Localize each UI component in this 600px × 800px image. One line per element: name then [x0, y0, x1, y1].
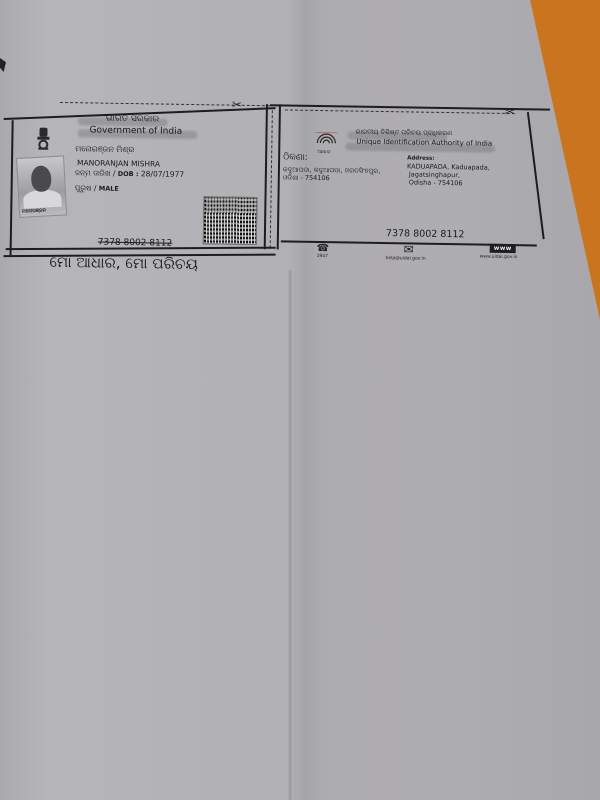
dob-label: DOB : — [118, 170, 139, 178]
address-label: Address: — [407, 155, 434, 161]
address-label-odia: ଠିକଣା: — [283, 152, 308, 162]
aadhaar-logo-icon — [313, 129, 339, 149]
photo-signature: ମନୋରଞ୍ଜନ — [22, 207, 46, 214]
telephone-icon: ☎ — [317, 243, 330, 254]
helpline-number: 1947 — [317, 254, 329, 259]
aadhaar-printout: ✂ ✂ ଭାରତ ସରକାର Government of India ମନୋରଞ… — [0, 0, 600, 309]
govt-header-odia: ଭାରତ ସରକାର — [106, 114, 160, 125]
separator: / — [113, 169, 116, 178]
address-odia-line2: ଓଡିଶା - 754106 — [283, 173, 330, 183]
name-english: MANORANJAN MISHRA — [77, 158, 160, 168]
aadhaar-logo-label: ଆଧାର — [317, 149, 330, 155]
website: www.uidai.gov.in — [480, 255, 518, 261]
gender-row: ପୁରୁଷ / MALE — [75, 183, 119, 194]
name-odia: ମନୋରଞ୍ଜନ ମିଶ୍ର — [75, 144, 134, 155]
dob-label-odia: ଜନ୍ମ ତାରିଖ — [75, 168, 111, 178]
uidai-header-odia: ଭାରତୀୟ ବିଶିଷ୍ଟ ପରିଚୟ ପ୍ରାଧିକରଣ — [355, 128, 452, 139]
holder-photo: ମନୋରଞ୍ଜନ — [16, 155, 67, 218]
back-cut-line — [285, 109, 515, 114]
back-left-border — [277, 104, 281, 249]
back-right-border — [527, 112, 544, 239]
govt-header-english: Government of India — [89, 125, 182, 136]
tagline-odia: ମୋ ଆଧାର, ମୋ ପରିଚୟ — [49, 253, 198, 273]
aadhaar-number-back: 7378 8002 8112 — [386, 228, 465, 240]
front-right-border — [264, 104, 268, 249]
gender-label-odia: ପୁରୁଷ — [75, 183, 92, 192]
front-left-border — [10, 120, 14, 255]
national-emblem-icon — [34, 126, 52, 152]
web-badge: www — [490, 244, 516, 253]
gender-value: MALE — [99, 185, 119, 193]
middle-cut-line — [270, 110, 273, 248]
paper-fold-crease — [288, 270, 292, 800]
aadhaar-number-front: 7378 8002 8112 — [98, 238, 173, 249]
qr-code — [203, 196, 258, 245]
address-line3: Odisha - 754106 — [409, 178, 463, 187]
dob-value: 28/07/1977 — [141, 169, 184, 179]
scissors-icon: ✂ — [232, 99, 242, 111]
scissors-icon: ✂ — [505, 106, 515, 118]
separator: / — [94, 183, 97, 192]
dob-row: ଜନ୍ମ ତାରିଖ / DOB : 28/07/1977 — [75, 168, 184, 180]
envelope-icon: ✉ — [404, 242, 414, 256]
help-email: help@uidai.gov.in — [386, 256, 426, 262]
